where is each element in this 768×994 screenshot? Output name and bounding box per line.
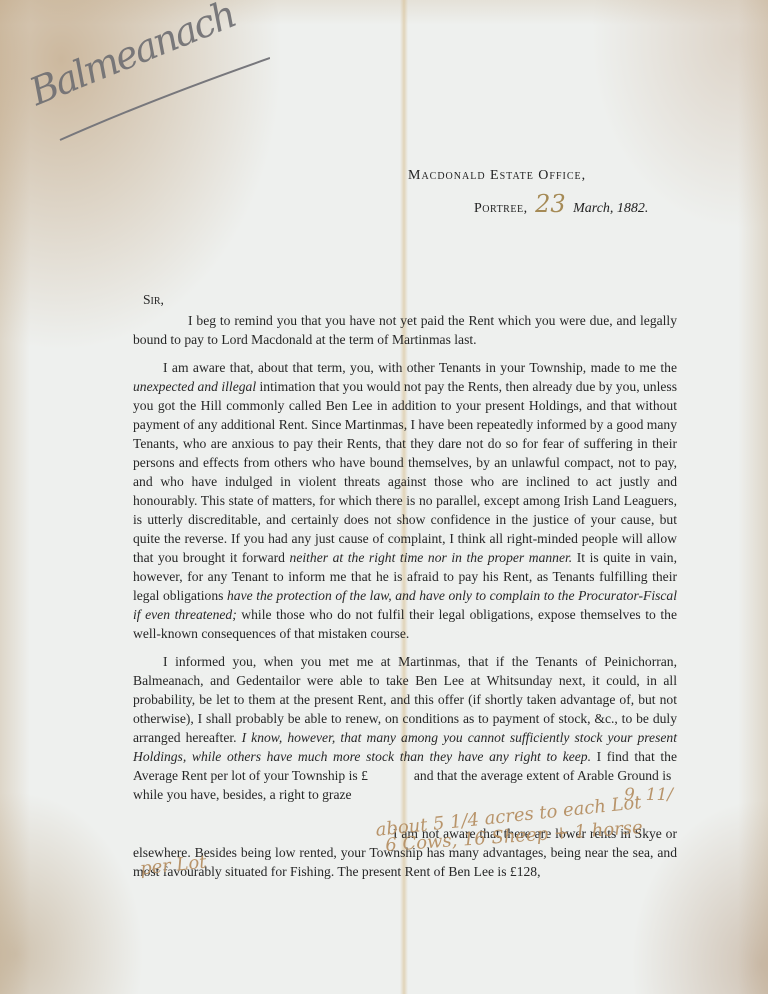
text: intimation that you would not pay the Re… bbox=[133, 379, 677, 565]
place: Portree, bbox=[474, 201, 528, 216]
text: while you have, besides, a right to graz… bbox=[133, 787, 352, 802]
date: March, 1882. bbox=[573, 201, 648, 216]
paragraph-2: I am aware that, about that term, you, w… bbox=[133, 358, 677, 643]
letter-sheet: Balmeanach Macdonald Estate Office, Port… bbox=[0, 0, 768, 994]
paragraph-1: I beg to remind you that you have not ye… bbox=[133, 311, 677, 349]
salutation: Sir, bbox=[143, 290, 677, 309]
italic-text: neither at the right time nor in the pro… bbox=[290, 550, 573, 565]
italic-text: unexpected and illegal bbox=[133, 379, 256, 394]
text: I beg to remind you that you have not ye… bbox=[133, 313, 677, 347]
letterhead: Macdonald Estate Office, Portree, 23 Mar… bbox=[408, 168, 648, 218]
place-date-line: Portree, 23 March, 1882. bbox=[474, 190, 648, 218]
paragraph-3: I informed you, when you met me at Marti… bbox=[133, 652, 677, 804]
estate-office: Macdonald Estate Office, bbox=[408, 168, 648, 184]
text: and that the average extent of Arable Gr… bbox=[414, 768, 671, 783]
handwritten-day: 23 bbox=[535, 190, 566, 218]
text: I am aware that, about that term, you, w… bbox=[163, 360, 677, 375]
